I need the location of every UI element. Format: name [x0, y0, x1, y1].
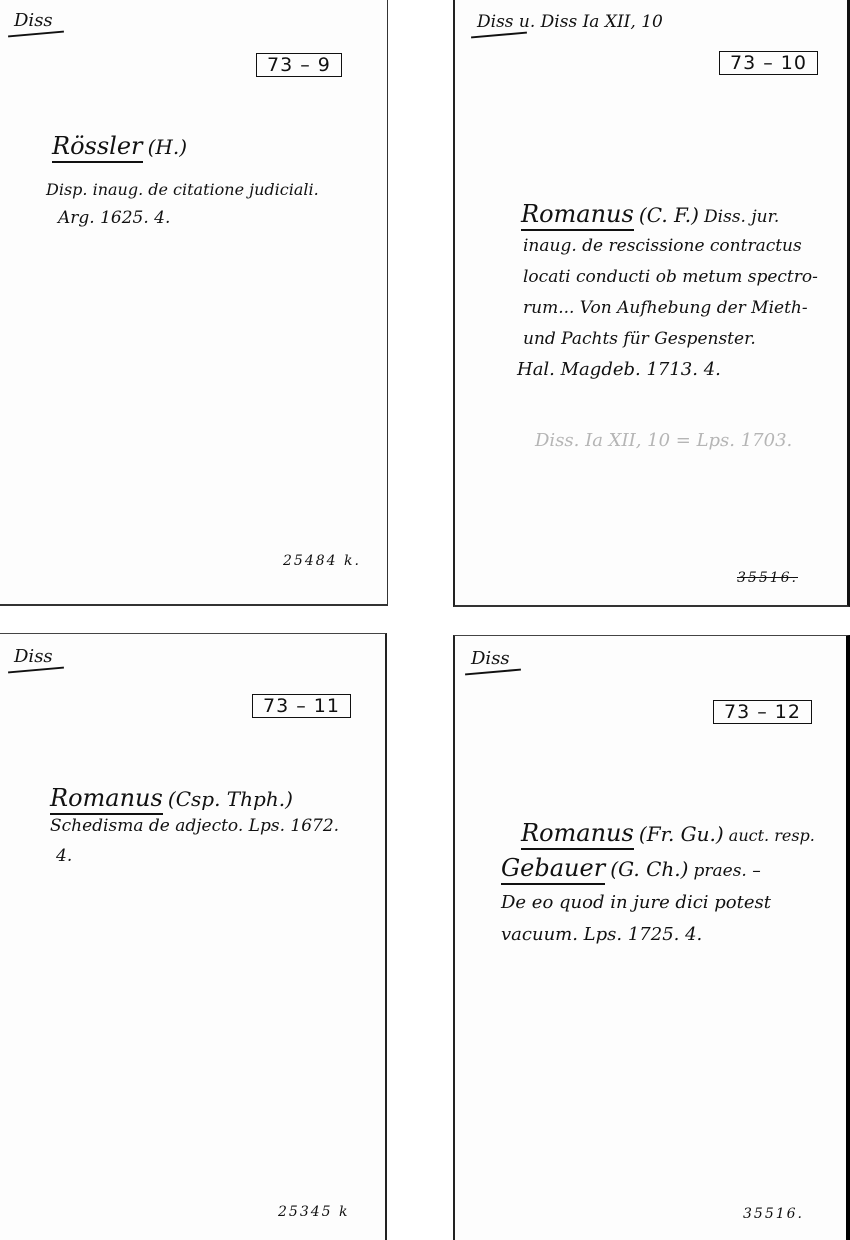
praeses-suffix: praes. – — [694, 861, 761, 881]
imprint-line: Arg. 1625. 4. — [58, 208, 170, 228]
category-tag: Diss — [14, 646, 64, 671]
shelfmark-box: 73 – 10 — [719, 51, 818, 75]
accession-number: 25345 k — [278, 1204, 349, 1220]
imprint-line: vacuum. Lps. 1725. 4. — [501, 924, 702, 945]
category-tag: Diss u. Diss Ia XII, 10 — [477, 12, 663, 36]
category-tag-underline — [465, 669, 521, 676]
title-line-1: Disp. inaug. de citatione judiciali. — [46, 180, 319, 199]
title-line-3: rum... Von Aufhebung der Mieth- — [523, 298, 808, 318]
catalog-card-73-12: Diss 73 – 12 Romanus (Fr. Gu.) auct. res… — [453, 635, 850, 1240]
heading-suffix: auct. resp. — [729, 826, 815, 845]
title-line-2: locati conducti ob metum spectro- — [523, 267, 818, 287]
author-name: Romanus — [50, 784, 163, 815]
heading-suffix: Diss. jur. — [704, 207, 779, 227]
author-name: Rössler — [52, 132, 143, 163]
author-name: Romanus — [521, 819, 634, 850]
accession-number: 35516. — [737, 570, 798, 586]
accession-number: 35516. — [743, 1206, 804, 1222]
author-name: Romanus — [521, 200, 634, 231]
shelfmark-box: 73 – 12 — [713, 700, 812, 724]
author-initials: (Fr. Gu.) — [639, 822, 724, 846]
card-heading: Rössler (H.) — [52, 132, 187, 160]
pencil-note: Diss. Ia XII, 10 = Lps. 1703. — [535, 430, 792, 451]
catalog-card-73-9: Diss 73 – 9 Rössler (H.) Disp. inaug. de… — [0, 0, 388, 606]
card-heading: Romanus (Csp. Thph.) — [50, 784, 293, 812]
title-line-4: und Pachts für Gespenster. — [523, 329, 756, 349]
title-line-1: inaug. de rescissione contractus — [523, 236, 802, 256]
imprint-line: Hal. Magdeb. 1713. 4. — [517, 359, 721, 380]
second-heading: Gebauer (G. Ch.) praes. – — [501, 854, 761, 882]
author-initials: (C. F.) — [639, 203, 699, 227]
author-initials: (H.) — [148, 135, 187, 159]
author-initials: (Csp. Thph.) — [168, 787, 293, 811]
category-tag-text: Diss — [14, 646, 53, 667]
card-heading: Romanus (C. F.) Diss. jur. — [521, 200, 779, 228]
category-tag-underline — [471, 32, 527, 39]
shelfmark-box: 73 – 11 — [252, 694, 351, 718]
shelfmark-box: 73 – 9 — [256, 53, 342, 77]
category-tag-underline — [8, 667, 64, 674]
category-tag: Diss — [14, 10, 64, 35]
accession-number: 25484 k. — [283, 553, 361, 569]
category-tag-text: Diss u. Diss Ia XII, 10 — [477, 12, 663, 32]
title-line-1: De eo quod in jure dici potest — [501, 892, 771, 913]
catalog-card-73-11: Diss 73 – 11 Romanus (Csp. Thph.) Schedi… — [0, 633, 387, 1240]
category-tag: Diss — [471, 648, 521, 673]
praeses-name: Gebauer — [501, 854, 605, 885]
format-line: 4. — [56, 846, 72, 866]
catalog-card-73-10: Diss u. Diss Ia XII, 10 73 – 10 Romanus … — [453, 0, 850, 607]
category-tag-underline — [8, 31, 64, 38]
praeses-initials: (G. Ch.) — [610, 857, 688, 881]
category-tag-text: Diss — [471, 648, 510, 669]
category-tag-text: Diss — [14, 10, 53, 31]
title-line-1: Schedisma de adjecto. Lps. 1672. — [50, 816, 339, 836]
card-heading: Romanus (Fr. Gu.) auct. resp. — [521, 819, 815, 847]
